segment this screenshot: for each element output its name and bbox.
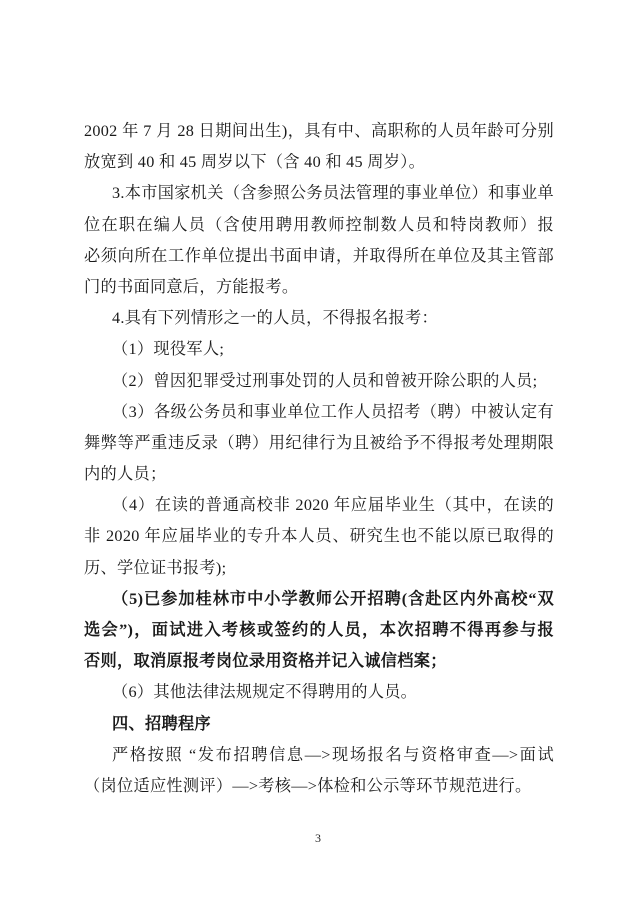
text-line: 门的书面同意后，方能报考。 xyxy=(84,272,554,303)
text-line: 严格按照 “发布招聘信息—>现场报名与资格审查—>面试 xyxy=(84,740,554,771)
text-line: 舞弊等严重违反录（聘）用纪律行为且被给予不得报考处理期限 xyxy=(84,428,554,459)
page-number: 3 xyxy=(0,829,636,847)
text-line: 3.本市国家机关（含参照公务员法管理的事业单位）和事业单 xyxy=(84,178,554,209)
text-line: 内的人员； xyxy=(84,459,554,490)
text-line: （岗位适应性测评）—>考核—>体检和公示等环节规范进行。 xyxy=(84,771,554,802)
text-line: 非 2020 年应届毕业的专升本人员、研究生也不能以原已取得的学 xyxy=(84,521,554,552)
document-page: 2002 年 7 月 28 日期间出生)，具有中、高职称的人员年龄可分别放宽到 … xyxy=(0,0,636,900)
text-line: 否则，取消原报考岗位录用资格并记入诚信档案； xyxy=(84,646,554,677)
text-line: 必须向所在工作单位提出书面申请，并取得所在单位及其主管部 xyxy=(84,241,554,272)
text-line: 四、招聘程序 xyxy=(84,709,554,740)
text-line: （6）其他法律法规规定不得聘用的人员。 xyxy=(84,677,554,708)
text-line: 2002 年 7 月 28 日期间出生)，具有中、高职称的人员年龄可分别 xyxy=(84,116,554,147)
text-line: 4.具有下列情形之一的人员，不得报名报考： xyxy=(84,303,554,334)
text-line: （2）曾因犯罪受过刑事处罚的人员和曾被开除公职的人员; xyxy=(84,366,554,397)
document-body: 2002 年 7 月 28 日期间出生)，具有中、高职称的人员年龄可分别放宽到 … xyxy=(84,116,554,802)
text-line: 选会”)，面试进入考核或签约的人员，本次招聘不得再参与报名。 xyxy=(84,615,554,646)
text-line: 历、学位证书报考); xyxy=(84,553,554,584)
text-line: （3）各级公务员和事业单位工作人员招考（聘）中被认定有 xyxy=(84,397,554,428)
text-line: 位在职在编人员（含使用聘用教师控制数人员和特岗教师）报考， xyxy=(84,210,554,241)
text-line: （5)已参加桂林市中小学教师公开招聘(含赴区内外高校“双 xyxy=(84,584,554,615)
text-line: （4）在读的普通高校非 2020 年应届毕业生（其中，在读的 xyxy=(84,490,554,521)
text-line: （1）现役军人; xyxy=(84,334,554,365)
text-line: 放宽到 40 和 45 周岁以下（含 40 和 45 周岁）。 xyxy=(84,147,554,178)
